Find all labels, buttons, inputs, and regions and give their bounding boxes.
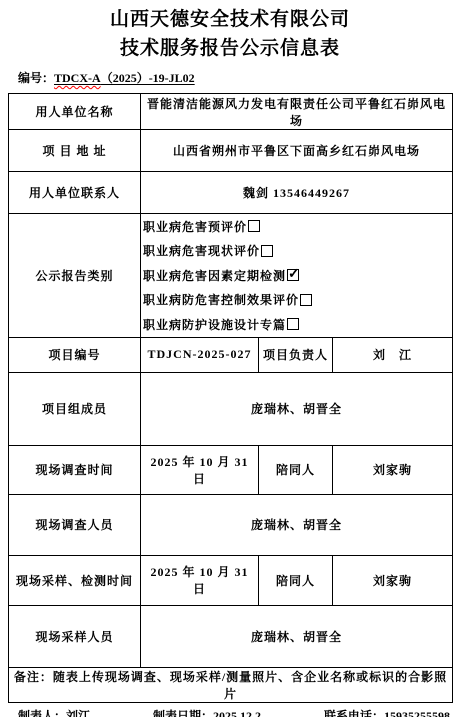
table-row-team: 项目组成员 庞瑞林、胡晋全 — [9, 372, 453, 445]
address-value: 山西省朔州市平鲁区下面高乡红石峁风电场 — [141, 130, 453, 172]
report-type-option: 职业病危害因素定期检测 — [143, 263, 450, 288]
report-type-text: 职业病防护设施设计专篇 — [143, 316, 286, 333]
address-label: 项 目 地 址 — [9, 130, 141, 172]
table-row-address: 项 目 地 址 山西省朔州市平鲁区下面高乡红石峁风电场 — [9, 130, 453, 172]
title-line-2: 技术服务报告公示信息表 — [0, 36, 460, 62]
info-table: 用人单位名称 晋能清洁能源风力发电有限责任公司平鲁红石峁风电场 项 目 地 址 … — [8, 93, 453, 703]
table-row-sampling-staff: 现场采样人员 庞瑞林、胡晋全 — [9, 605, 453, 667]
survey-staff-label: 现场调查人员 — [9, 494, 141, 555]
footer-maker: 制表人：刘江 — [18, 707, 90, 717]
project-no-label: 项目编号 — [9, 337, 141, 372]
table-row-sampling-time: 现场采样、检测时间 2025 年 10 月 31 日 陪同人 刘家驹 — [9, 555, 453, 605]
sampling-staff-label: 现场采样人员 — [9, 605, 141, 667]
doc-number-flagged-part: TDCX-A — [54, 71, 101, 85]
footer-phone: 联系电话：15935255598 — [324, 707, 450, 717]
table-row-note: 备注：随表上传现场调查、现场采样/测量照片、含企业名称或标识的合影照片 — [9, 667, 453, 702]
sampling-time-value: 2025 年 10 月 31 日 — [141, 555, 259, 605]
report-type-option: 职业病防危害控制效果评价 — [143, 288, 450, 313]
sampling-time-label: 现场采样、检测时间 — [9, 555, 141, 605]
document-title: 山西天德安全技术有限公司 技术服务报告公示信息表 — [0, 0, 460, 62]
title-line-1: 山西天德安全技术有限公司 — [0, 7, 460, 33]
report-type-option: 职业病危害现状评价 — [143, 239, 450, 264]
project-leader-value: 刘 江 — [333, 337, 453, 372]
survey-escort-label: 陪同人 — [259, 445, 333, 494]
sampling-staff-value: 庞瑞林、胡晋全 — [141, 605, 453, 667]
report-type-option: 职业病防护设施设计专篇 — [143, 312, 450, 337]
doc-number-label: 编号： — [18, 71, 54, 85]
sampling-escort-label: 陪同人 — [259, 555, 333, 605]
table-row-survey-staff: 现场调查人员 庞瑞林、胡晋全 — [9, 494, 453, 555]
checkbox-icon[interactable] — [287, 318, 299, 330]
table-row-report-types: 公示报告类别 职业病危害预评价 职业病危害现状评价 职业病危害因素定期检测 职业… — [9, 214, 453, 338]
project-leader-label: 项目负责人 — [259, 337, 333, 372]
doc-number-value: TDCX-A（2025）-19-JL02 — [54, 71, 195, 85]
report-type-text: 职业病危害现状评价 — [143, 242, 260, 259]
employer-label: 用人单位名称 — [9, 94, 141, 130]
report-type-text: 职业病防危害控制效果评价 — [143, 291, 299, 308]
table-row-contact: 用人单位联系人 魏剑 13546449267 — [9, 172, 453, 214]
survey-staff-value: 庞瑞林、胡晋全 — [141, 494, 453, 555]
checkbox-icon[interactable] — [261, 245, 273, 257]
note-text: 备注：随表上传现场调查、现场采样/测量照片、含企业名称或标识的合影照片 — [9, 667, 453, 702]
survey-time-value: 2025 年 10 月 31 日 — [141, 445, 259, 494]
report-types-list: 职业病危害预评价 职业病危害现状评价 职业病危害因素定期检测 职业病防危害控制效… — [141, 214, 453, 338]
checkbox-checked-icon[interactable] — [287, 269, 299, 281]
survey-time-label: 现场调查时间 — [9, 445, 141, 494]
footer-date: 制表日期：2025.12.2 — [153, 707, 261, 717]
doc-number-line: 编号：TDCX-A（2025）-19-JL02 — [18, 71, 460, 86]
table-row-survey-time: 现场调查时间 2025 年 10 月 31 日 陪同人 刘家驹 — [9, 445, 453, 494]
employer-value: 晋能清洁能源风力发电有限责任公司平鲁红石峁风电场 — [141, 94, 453, 130]
contact-label: 用人单位联系人 — [9, 172, 141, 214]
report-types-label: 公示报告类别 — [9, 214, 141, 338]
checkbox-icon[interactable] — [248, 220, 260, 232]
team-label: 项目组成员 — [9, 372, 141, 445]
report-type-option: 职业病危害预评价 — [143, 214, 450, 239]
report-type-text: 职业病危害因素定期检测 — [143, 267, 286, 284]
survey-escort-value: 刘家驹 — [333, 445, 453, 494]
checkbox-icon[interactable] — [300, 294, 312, 306]
doc-number-rest-part: （2025）-19-JL02 — [101, 71, 195, 85]
document-page: 山西天德安全技术有限公司 技术服务报告公示信息表 编号：TDCX-A（2025）… — [0, 0, 460, 717]
team-value: 庞瑞林、胡晋全 — [141, 372, 453, 445]
report-type-text: 职业病危害预评价 — [143, 218, 247, 235]
contact-value: 魏剑 13546449267 — [141, 172, 453, 214]
sampling-escort-value: 刘家驹 — [333, 555, 453, 605]
table-row-employer: 用人单位名称 晋能清洁能源风力发电有限责任公司平鲁红石峁风电场 — [9, 94, 453, 130]
table-row-project-no: 项目编号 TDJCN-2025-027 项目负责人 刘 江 — [9, 337, 453, 372]
project-no-value: TDJCN-2025-027 — [141, 337, 259, 372]
footer-line: 制表人：刘江 制表日期：2025.12.2 联系电话：15935255598 — [0, 707, 460, 717]
